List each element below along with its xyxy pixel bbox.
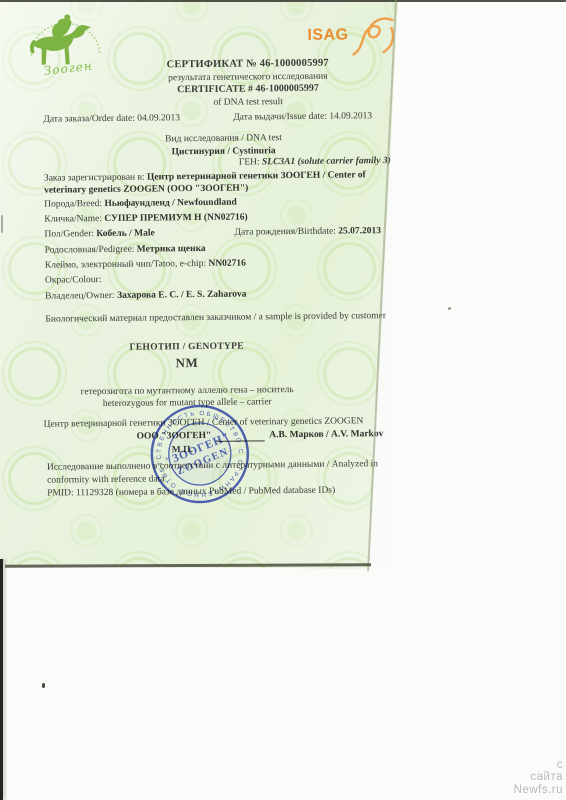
- name-row: Кличка/Name: СУПЕР ПРЕМИУМ Н (NN02716): [44, 211, 247, 225]
- scan-speck: [448, 307, 451, 310]
- scan-scratch: [1, 215, 3, 233]
- watermark-line: сайта: [514, 771, 563, 784]
- gene-label: ГЕН:: [239, 157, 260, 167]
- pedigree-value: Метрика щенка: [137, 244, 206, 255]
- breed-value: Ньюфаундленд / Newfoundland: [104, 198, 236, 209]
- horse-and-rider-icon: [30, 14, 92, 65]
- gene-value: SLC3A1 (solute carrier family 3): [262, 156, 391, 167]
- watermark-line: с: [514, 759, 563, 772]
- certificate-subtitle-en: of DNA test result: [58, 94, 438, 110]
- colour-row: Окрас/Colour:: [45, 274, 101, 287]
- birthdate-label: Дата рождения/Birthdate:: [234, 227, 335, 238]
- isag-logo: ISAG: [303, 14, 399, 61]
- order-date-value: 04.09.2013: [137, 113, 180, 123]
- issue-date-value: 14.09.2013: [329, 111, 372, 121]
- pedigree-label: Родословная/Pedigree:: [45, 245, 135, 256]
- owner-row: Владелец/Owner: Захарова Е. С. / E. S. Z…: [45, 289, 246, 303]
- breed-label: Порода/Breed:: [44, 199, 102, 210]
- tatoo-label: Клеймо, электронный чип/Tatoo, e-chip:: [45, 259, 206, 271]
- breed-row: Порода/Breed: Ньюфаундленд / Newfoundlan…: [44, 197, 237, 211]
- birthdate-row: Дата рождения/Birthdate: 25.07.2013: [234, 225, 381, 239]
- genotype-heading: ГЕНОТИП / GENOTYPE: [1, 339, 373, 355]
- isag-logo-text: ISAG: [307, 26, 348, 44]
- gender-value: Кобель / Male: [96, 228, 154, 239]
- sample-note: Биологический материал предоставлен зака…: [45, 310, 386, 326]
- owner-value: Захарова Е. С. / E. S. Zaharova: [117, 290, 247, 301]
- registered-row: Заказ зарегистрирован в: Центр ветеринар…: [44, 170, 394, 197]
- pedigree-row: Родословная/Pedigree: Метрика щенка: [45, 243, 206, 257]
- scan-edge-left: [0, 559, 3, 800]
- site-watermark: с сайта Newfs.ru: [514, 759, 563, 797]
- watermark-line: Newfs.ru: [514, 784, 563, 797]
- round-seal-stamp: ОБЩЕСТВО С ОГРАНИЧЕННОЙ ОТВЕТСТВЕННОСТЬЮ…: [147, 403, 252, 506]
- gender-label: Пол/Gender:: [44, 229, 94, 240]
- scan-edge-top: [0, 0, 566, 2]
- tatoo-value: NN02716: [208, 259, 246, 269]
- issue-date-label: Дата выдачи/Issue date:: [233, 112, 327, 123]
- name-value: СУПЕР ПРЕМИУМ Н (NN02716): [104, 212, 247, 224]
- scan-speck: [42, 683, 45, 688]
- order-date-row: Дата заказа/Order date: 04.09.2013: [43, 112, 180, 125]
- registered-label: Заказ зарегистрирован в:: [44, 173, 145, 184]
- issue-date-row: Дата выдачи/Issue date: 14.09.2013: [233, 110, 372, 123]
- birthdate-value: 25.07.2013: [338, 226, 381, 236]
- colour-label: Окрас/Colour:: [45, 275, 101, 286]
- gender-row: Пол/Gender: Кобель / Male: [44, 227, 154, 240]
- tatoo-row: Клеймо, электронный чип/Tatoo, e-chip: N…: [45, 258, 246, 272]
- name-label: Кличка/Name:: [44, 214, 102, 225]
- owner-label: Владелец/Owner:: [45, 291, 115, 302]
- certificate-content: Зооген ISAG СЕРТИФИКАТ № 46-1000005997 р…: [0, 0, 566, 800]
- order-date-label: Дата заказа/Order date:: [43, 114, 135, 125]
- genotype-value: NM: [1, 355, 373, 371]
- signer-name: А.В. Марков / A.V. Markov: [269, 428, 383, 441]
